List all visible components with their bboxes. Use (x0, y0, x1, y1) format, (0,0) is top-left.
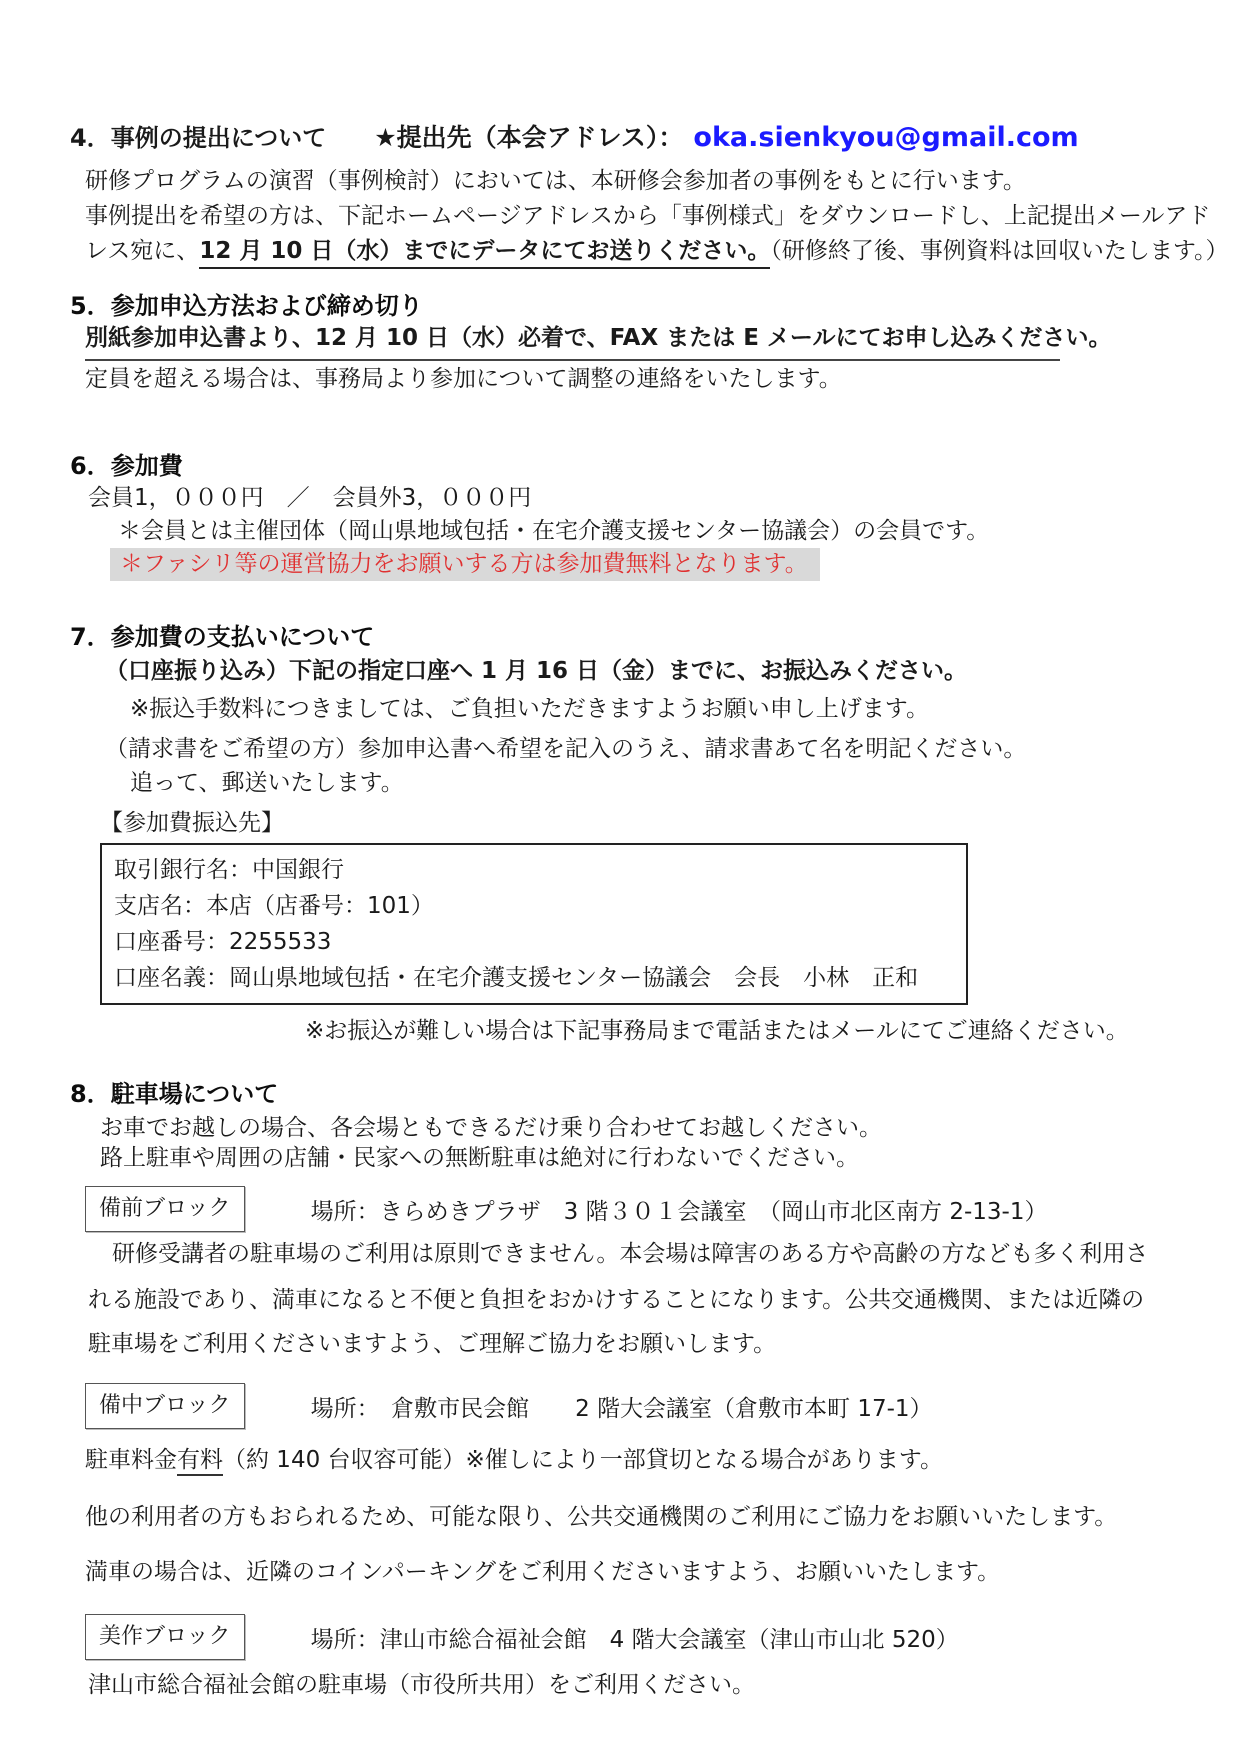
section4-heading-row: 4．事例の提出について ★提出先（本会アドレス）： oka.sienkyou@g… (70, 118, 1181, 154)
section8-title: 8．駐車場について (70, 1079, 1181, 1109)
mimasaka-location: 場所：津山市総合福祉会館 4 階大会議室（津山市山北 520） (311, 1621, 959, 1654)
bitchu-block-row: 備中ブロック 場所： 倉敷市民会館 2 階大会議室（倉敷市本町 17-1） (85, 1383, 1181, 1429)
section4-deadline-emphasis: 12 月 10 日（水）までにデータにてお送りください。 (199, 238, 770, 269)
bitchu-note2: 他の利用者の方もおられるため、可能な限り、公共交通機関のご利用にご協力をお願いい… (85, 1504, 1181, 1531)
bizen-block-label: 備前ブロック (85, 1186, 245, 1232)
section8-intro1: お車でお越しの場合、各会場ともできるだけ乗り合わせてお越しください。 (100, 1115, 1181, 1142)
section4-line3: レス宛に、12 月 10 日（水）までにデータにてお送りください。（研修終了後、… (85, 238, 1181, 265)
section6-free-note-highlight: ＊ファシリ等の運営協力をお願いする方は参加費無料となります。 (110, 548, 820, 581)
bank-box-label: 【参加費振込先】 (100, 810, 1181, 837)
section4-line1: 研修プログラムの演習（事例検討）においては、本研修会参加者の事例をもとに行います… (85, 168, 1181, 195)
section7-title: 7．参加費の支払いについて (70, 622, 1181, 652)
bizen-location: 場所：きらめきプラザ 3 階３０１会議室 （岡山市北区南方 2-13-1） (311, 1193, 1048, 1226)
bitchu-location: 場所： 倉敷市民会館 2 階大会議室（倉敷市本町 17-1） (311, 1390, 933, 1423)
bitchu-fee-suffix: （約 140 台収容可能）※催しにより一部貸切となる場合があります。 (223, 1447, 943, 1473)
bitchu-fee-note: 駐車料金有料（約 140 台収容可能）※催しにより一部貸切となる場合があります。 (85, 1447, 1181, 1474)
section7-contact-note: ※お振込が難しい場合は下記事務局まで電話またはメールにてご連絡ください。 (305, 1018, 1181, 1045)
document-page: 4．事例の提出について ★提出先（本会アドレス）： oka.sienkyou@g… (0, 0, 1241, 1755)
submission-email-link[interactable]: oka.sienkyou@gmail.com (693, 122, 1078, 153)
section4-line3-suffix: （研修終了後、事例資料は回収いたします。） (770, 238, 1228, 264)
section5-deadline-line: 別紙参加申込書より、12 月 10 日（水）必着で、FAX または E メールに… (85, 324, 1060, 361)
section4-line3-prefix: レス宛に、 (85, 238, 199, 264)
bank-name: 取引銀行名：中国銀行 (114, 852, 966, 888)
bizen-note-line3: 駐車場をご利用くださいますよう、ご理解ご協力をお願いします。 (88, 1331, 1181, 1358)
bitchu-note3: 満車の場合は、近隣のコインパーキングをご利用くださいますよう、お願いいたします。 (85, 1559, 1181, 1586)
section5-title: 5．参加申込方法および締め切り (70, 291, 1181, 321)
bank-account-number: 口座番号：2255533 (114, 924, 966, 960)
mimasaka-block-label: 美作ブロック (85, 1614, 245, 1660)
section8-intro2: 路上駐車や周囲の店舗・民家への無断駐車は絶対に行わないでください。 (100, 1145, 1181, 1172)
section5-note: 定員を超える場合は、事務局より参加について調整の連絡をいたします。 (85, 366, 1181, 393)
bitchu-fee-prefix: 駐車料金 (85, 1447, 177, 1473)
section6-title: 6．参加費 (70, 451, 1181, 481)
section6-free-note-wrap: ＊ファシリ等の運営協力をお願いする方は参加費無料となります。 (110, 548, 1181, 581)
bitchu-block-label: 備中ブロック (85, 1383, 245, 1429)
section4-line2: 事例提出を希望の方は、下記ホームページアドレスから「事例様式」をダウンロードし、… (85, 203, 1181, 230)
bitchu-fee-underlined: 有料 (177, 1447, 223, 1476)
section7-invoice-note: （請求書をご希望の方）参加申込書へ希望を記入のうえ、請求書あて名を明記ください。 (105, 736, 1181, 763)
bank-branch: 支店名：本店（店番号：101） (114, 888, 966, 924)
bizen-note-line2: れる施設であり、満車になると不便と負担をおかけすることになります。公共交通機関、… (88, 1287, 1181, 1314)
bizen-note-line1: 研修受講者の駐車場のご利用は原則できません。本会場は障害のある方や高齢の方なども… (112, 1241, 1181, 1268)
bank-info-box: 取引銀行名：中国銀行 支店名：本店（店番号：101） 口座番号：2255533 … (100, 843, 968, 1005)
submission-target-label: ★提出先（本会アドレス）： (374, 118, 683, 154)
section6-fee-line: 会員1，０００円 ／ 会員外3，０００円 (88, 485, 1181, 512)
section4-title: 4．事例の提出について (70, 118, 326, 153)
section7-fee-note: ※振込手数料につきましては、ご負担いただきますようお願い申し上げます。 (130, 696, 1181, 723)
mimasaka-block-row: 美作ブロック 場所：津山市総合福祉会館 4 階大会議室（津山市山北 520） (85, 1614, 1181, 1660)
section7-mail-note: 追って、郵送いたします。 (130, 770, 1181, 797)
section7-transfer-line: （口座振り込み）下記の指定口座へ 1 月 16 日（金）までに、お振込みください… (105, 658, 1181, 685)
bank-account-holder: 口座名義：岡山県地域包括・在宅介護支援センター協議会 会長 小林 正和 (114, 960, 966, 996)
bizen-block-row: 備前ブロック 場所：きらめきプラザ 3 階３０１会議室 （岡山市北区南方 2-1… (85, 1186, 1181, 1232)
section6-member-note: ＊会員とは主催団体（岡山県地域包括・在宅介護支援センター協議会）の会員です。 (118, 518, 1181, 545)
mimasaka-note: 津山市総合福祉会館の駐車場（市役所共用）をご利用ください。 (88, 1672, 1181, 1699)
